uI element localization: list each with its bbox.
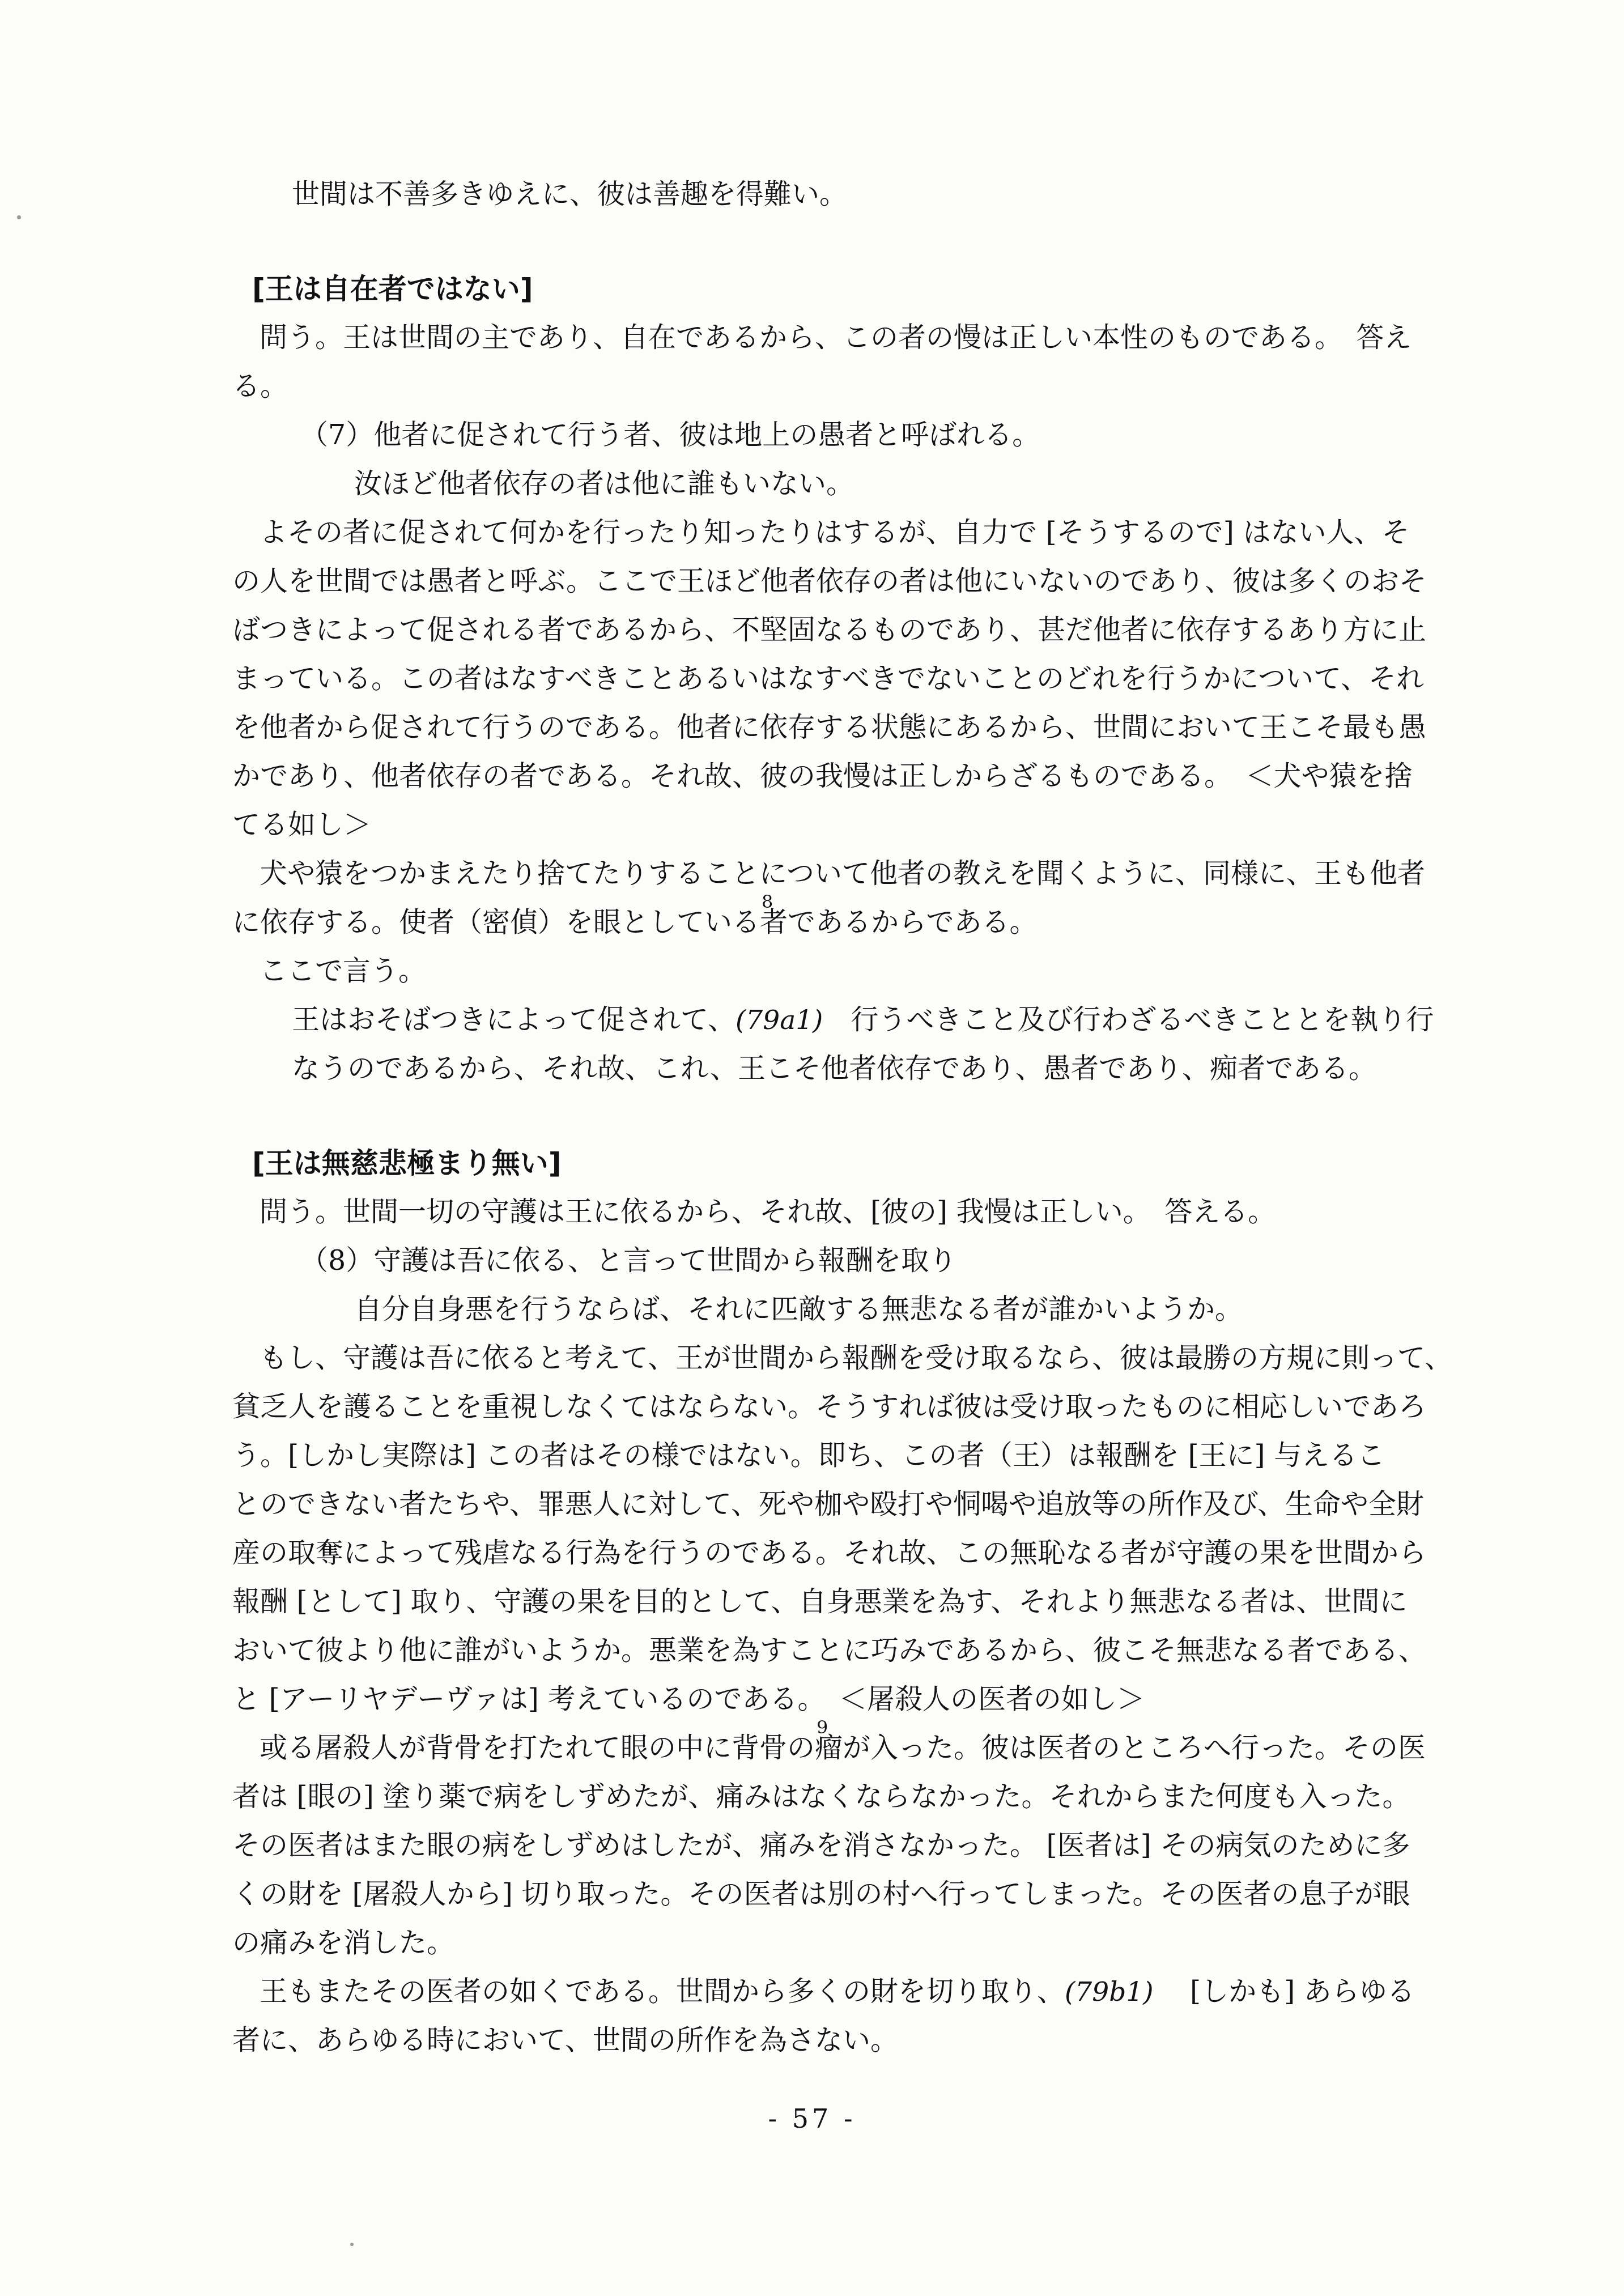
page-number: - 57 - — [0, 2103, 1624, 2134]
text-segment: 問う。世間一切の守護は王に依るから、それ故、[彼の] 我慢は正しい。 答える。 — [260, 1196, 1276, 1228]
text-line: その医者はまた眼の病をしずめはしたが、痛みを消さなかった。 [医者は] その病気… — [232, 1831, 1410, 1859]
text-segment: なうのであるから、それ故、これ、王こそ他者依存であり、愚者であり、痴者である。 — [292, 1052, 1376, 1085]
text-segment: まっている。この者はなすべきことあるいはなすべきでないことのどれを行うかについて… — [232, 662, 1424, 695]
text-segment: ばつきによって促される者であるから、不堅固なるものであり、甚だ他者に依存するあり… — [232, 614, 1426, 646]
text-segment: （8）守護は吾に依る、と言って世間から報酬を取り — [300, 1244, 956, 1277]
text-line: 犬や猿をつかまえたり捨てたりすることについて他者の教えを聞くように、同様に、王も… — [260, 860, 1425, 887]
folio-reference: (79a1) — [736, 1005, 823, 1036]
text-line: 者に、あらゆる時において、世間の所作を為さない。 — [232, 2026, 898, 2054]
text-line: 者は [眼の] 塗り薬で病をしずめたが、痛みはなくならなかった。それからまた何度… — [232, 1783, 1410, 1810]
text-segment: 産の取奪によって残虐なる行為を行うのである。それ故、この無恥なる者が守護の果を世… — [232, 1537, 1426, 1569]
text-line: る。 — [232, 372, 288, 400]
text-segment: よその者に促されて何かを行ったり知ったりはするが、自力で [そうするので] はな… — [260, 516, 1409, 549]
section-heading: [王は自在者ではない] — [252, 275, 533, 303]
text-line: う。[しかし実際は] この者はその様ではない。即ち、この者（王）は報酬を [王に… — [232, 1442, 1385, 1469]
text-line: 世間は不善多きゆえに、彼は善趣を得難い。 — [292, 180, 847, 208]
text-line: もし、守護は吾に依ると考えて、王が世間から報酬を受け取るなら、彼は最勝の方規に則… — [260, 1344, 1452, 1372]
text-segment: 報酬 [として] 取り、守護の果を目的として、自身悪業を為す、それより無悲なる者… — [232, 1585, 1408, 1618]
text-line: ばつきによって促される者であるから、不堅固なるものであり、甚だ他者に依存するあり… — [232, 616, 1426, 644]
text-line: 汝ほど他者依存の者は他に誰もいない。 — [354, 470, 854, 498]
section-heading: [王は無慈悲極まり無い] — [252, 1149, 562, 1177]
text-segment: もし、守護は吾に依ると考えて、王が世間から報酬を受け取るなら、彼は最勝の方規に則… — [260, 1342, 1452, 1374]
text-segment: 貧乏人を護ることを重視しなくてはならない。そうすれば彼は受け取ったものに相応しい… — [232, 1391, 1426, 1423]
text-segment: （7）他者に促されて行う者、彼は地上の愚者と呼ばれる。 — [300, 419, 1040, 451]
text-segment: かであり、他者依存の者である。それ故、彼の我慢は正しからざるものである。 ＜犬や… — [232, 760, 1413, 792]
text-line: おいて彼より他に誰がいようか。悪業を為すことに巧みであるから、彼こそ無悲なる者で… — [232, 1636, 1426, 1664]
text-line: ここで言う。 — [260, 957, 426, 985]
text-segment: る。 — [232, 370, 288, 402]
document-page: 世間は不善多きゆえに、彼は善趣を得難い。[王は自在者ではない]問う。王は世間の主… — [0, 0, 1624, 2296]
text-line: かであり、他者依存の者である。それ故、彼の我慢は正しからざるものである。 ＜犬や… — [232, 762, 1413, 790]
text-line: 問う。世間一切の守護は王に依るから、それ故、[彼の] 我慢は正しい。 答える。 — [260, 1198, 1276, 1226]
text-segment: 汝ほど他者依存の者は他に誰もいない。 — [354, 467, 854, 500]
text-segment: 行うべきこと及び行わざるべきこととを執り行 — [823, 1004, 1434, 1036]
text-line: 問う。王は世間の主であり、自在であるから、この者の慢は正しい本性のものである。 … — [260, 324, 1412, 351]
text-segment: 者は [眼の] 塗り薬で病をしずめたが、痛みはなくならなかった。それからまた何度… — [232, 1780, 1410, 1813]
text-segment: 者に、あらゆる時において、世間の所作を為さない。 — [232, 2024, 898, 2056]
text-line: くの財を [屠殺人から] 切り取った。その医者は別の村へ行ってしまった。その医者… — [232, 1880, 1410, 1908]
text-line: の痛みを消した。 — [232, 1929, 454, 1957]
text-segment: ここで言う。 — [260, 955, 426, 987]
scan-artifact-dot — [350, 2243, 354, 2246]
text-line: とのできない者たちや、罪悪人に対して、死や枷や殴打や恫喝や追放等の所作及び、生命… — [232, 1490, 1424, 1518]
text-segment: 犬や猿をつかまえたり捨てたりすることについて他者の教えを聞くように、同様に、王も… — [260, 857, 1425, 890]
text-segment: に依存する。使者（密偵）を眼としている者 — [232, 906, 788, 938]
text-segment: とのできない者たちや、罪悪人に対して、死や枷や殴打や恫喝や追放等の所作及び、生命… — [232, 1488, 1424, 1520]
text-line: よその者に促されて何かを行ったり知ったりはするが、自力で [そうするので] はな… — [260, 518, 1409, 546]
text-line: を他者から促されて行うのである。他者に依存する状態にあるから、世間において王こそ… — [232, 713, 1426, 741]
scan-artifact-dot — [17, 215, 21, 219]
text-line: と [アーリヤデーヴァは] 考えているのである。 ＜屠殺人の医者の如し＞ — [232, 1685, 1145, 1713]
text-segment: が入った。彼は医者のところへ行った。その医 — [843, 1732, 1426, 1764]
folio-reference: (79b1) — [1065, 1976, 1153, 2008]
text-segment: てる如し＞ — [232, 809, 371, 841]
text-segment: 王はおそばつきによって促されて、 — [292, 1004, 736, 1036]
text-segment: [王は自在者ではない] — [252, 273, 533, 305]
text-segment: 問う。王は世間の主であり、自在であるから、この者の慢は正しい本性のものである。 … — [260, 321, 1412, 354]
text-line: 貧乏人を護ることを重視しなくてはならない。そうすれば彼は受け取ったものに相応しい… — [232, 1393, 1426, 1421]
text-segment: [王は無慈悲極まり無い] — [252, 1147, 562, 1180]
text-line: 王はおそばつきによって促されて、(79a1) 行うべきこと及び行わざるべきことと… — [292, 1006, 1434, 1034]
text-line: （8）守護は吾に依る、と言って世間から報酬を取り — [300, 1247, 956, 1274]
text-segment: う。[しかし実際は] この者はその様ではない。即ち、この者（王）は報酬を [王に… — [232, 1439, 1385, 1472]
text-segment: を他者から促されて行うのである。他者に依存する状態にあるから、世間において王こそ… — [232, 711, 1426, 743]
text-segment: 王もまたその医者の如くである。世間から多くの財を切り取り、 — [260, 1975, 1065, 2008]
text-segment: その医者はまた眼の病をしずめはしたが、痛みを消さなかった。 [医者は] その病気… — [232, 1829, 1410, 1861]
text-segment: [しかも] あらゆる — [1153, 1975, 1414, 2008]
text-segment: くの財を [屠殺人から] 切り取った。その医者は別の村へ行ってしまった。その医者… — [232, 1878, 1410, 1910]
text-line: （7）他者に促されて行う者、彼は地上の愚者と呼ばれる。 — [300, 421, 1040, 449]
text-line: 産の取奪によって残虐なる行為を行うのである。それ故、この無恥なる者が守護の果を世… — [232, 1539, 1426, 1567]
text-line: 自分自身悪を行うならば、それに匹敵する無悲なる者が誰かいようか。 — [354, 1295, 1243, 1323]
text-segment: の人を世間では愚者と呼ぶ。ここで王ほど他者依存の者は他にいないのであり、彼は多く… — [232, 565, 1427, 597]
text-line: 報酬 [として] 取り、守護の果を目的として、自身悪業を為す、それより無悲なる者… — [232, 1588, 1408, 1615]
text-line: 王もまたその医者の如くである。世間から多くの財を切り取り、(79b1) [しかも… — [260, 1978, 1415, 2005]
text-segment: 世間は不善多きゆえに、彼は善趣を得難い。 — [292, 178, 847, 210]
text-line: 或る屠殺人が背骨を打たれて眼の中に背骨の瘤9が入った。彼は医者のところへ行った。… — [260, 1734, 1426, 1762]
text-segment: の痛みを消した。 — [232, 1927, 454, 1959]
text-line: なうのであるから、それ故、これ、王こそ他者依存であり、愚者であり、痴者である。 — [292, 1055, 1376, 1082]
text-segment: おいて彼より他に誰がいようか。悪業を為すことに巧みであるから、彼こそ無悲なる者で… — [232, 1634, 1426, 1666]
text-line: てる如し＞ — [232, 811, 371, 839]
text-segment: 自分自身悪を行うならば、それに匹敵する無悲なる者が誰かいようか。 — [354, 1293, 1243, 1325]
text-line: まっている。この者はなすべきことあるいはなすべきでないことのどれを行うかについて… — [232, 665, 1424, 692]
text-segment: と [アーリヤデーヴァは] 考えているのである。 ＜屠殺人の医者の如し＞ — [232, 1683, 1145, 1715]
text-line: の人を世間では愚者と呼ぶ。ここで王ほど他者依存の者は他にいないのであり、彼は多く… — [232, 567, 1427, 595]
text-segment: であるからである。 — [788, 906, 1038, 938]
text-segment: 或る屠殺人が背骨を打たれて眼の中に背骨の瘤 — [260, 1732, 843, 1764]
text-line: に依存する。使者（密偵）を眼としている者8であるからである。 — [232, 908, 1038, 936]
